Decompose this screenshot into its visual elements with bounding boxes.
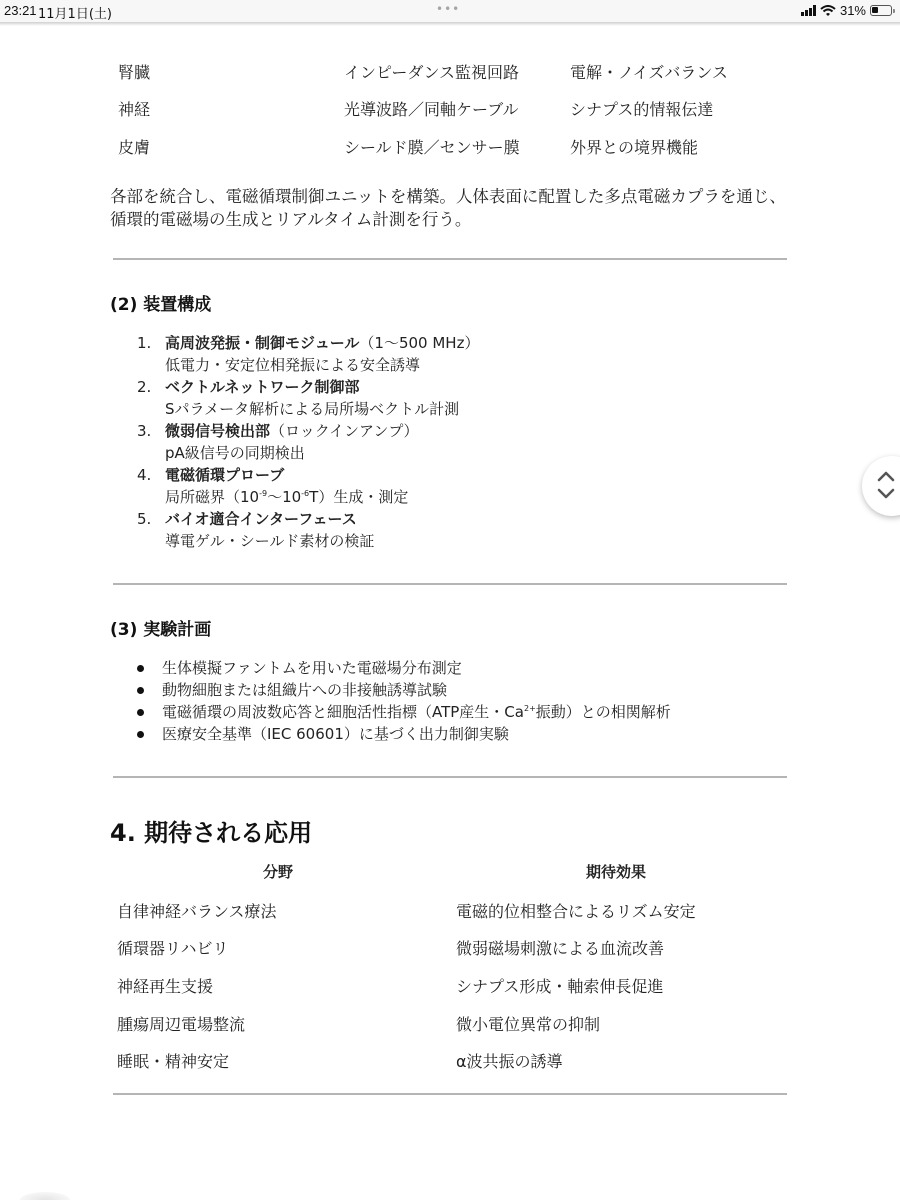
chevron-up-icon (879, 473, 893, 480)
paragraph-line: 各部を統合し、電磁循環制御ユニットを構築。人体表面に配置した多点電磁カプラを通じ… (110, 183, 786, 207)
bottom-shadow-decoration (20, 1192, 70, 1200)
list-item: 4.電磁循環プローブ (137, 464, 284, 485)
bullet-icon (137, 731, 144, 738)
function-cell: 外界との境界機能 (570, 135, 698, 158)
status-indicators: 31% (801, 3, 892, 18)
column-header-effect: 期待効果 (586, 861, 646, 882)
list-number: 3. (137, 422, 165, 440)
item-suffix: （1〜500 MHz） (359, 334, 479, 352)
status-bar-shadow (0, 22, 900, 26)
organ-cell: 神経 (118, 97, 150, 120)
effect-cell: 微弱磁場刺激による血流改善 (456, 936, 664, 959)
section-heading-experiment-plan: (3) 実験計画 (110, 615, 211, 640)
multitasking-dots-icon[interactable]: ••• (436, 2, 460, 16)
effect-cell: シナプス形成・軸索伸長促進 (456, 974, 663, 997)
item-description: pA級信号の同期検出 (165, 442, 305, 463)
list-number: 2. (137, 378, 165, 396)
component-cell: インピーダンス監視回路 (344, 60, 519, 83)
list-item: 医療安全基準（IEC 60601）に基づく出力制御実験 (137, 723, 509, 744)
divider (113, 1093, 787, 1095)
divider (113, 776, 787, 778)
item-title: ベクトルネットワーク制御部 (165, 378, 360, 396)
divider (113, 258, 787, 260)
list-number: 1. (137, 334, 165, 352)
item-description: 低電力・安定位相発振による安全誘導 (165, 354, 420, 375)
item-title: 高周波発振・制御モジュール (165, 334, 359, 352)
field-cell: 腫瘍周辺電場整流 (117, 1012, 245, 1035)
field-cell: 睡眠・精神安定 (117, 1049, 229, 1072)
paragraph-line: 循環的電磁場の生成とリアルタイム計測を行う。 (110, 206, 471, 230)
effect-cell: 微小電位異常の抑制 (456, 1012, 600, 1035)
list-item: 電磁循環の周波数応答と細胞活性指標（ATP産生・Ca2+振動）との相関解析 (137, 701, 671, 722)
list-number: 5. (137, 510, 165, 528)
battery-percent: 31% (840, 3, 866, 18)
bullet-icon (137, 665, 144, 672)
list-item: 1.高周波発振・制御モジュール（1〜500 MHz） (137, 332, 479, 353)
list-item: 生体模擬ファントムを用いた電磁場分布測定 (137, 657, 462, 678)
item-description: Sパラメータ解析による局所場ベクトル計測 (165, 398, 459, 419)
organ-cell: 腎臓 (118, 60, 150, 83)
field-cell: 循環器リハビリ (117, 936, 229, 959)
function-cell: 電解・ノイズバランス (570, 60, 728, 83)
component-cell: シールド膜／センサー膜 (344, 135, 520, 158)
chevron-down-icon (879, 490, 893, 497)
bullet-icon (137, 709, 144, 716)
status-date: 11月1日(土) (38, 3, 112, 22)
item-title: 電磁循環プローブ (165, 466, 284, 484)
item-suffix: （ロックインアンプ） (270, 422, 419, 440)
component-cell: 光導波路／同軸ケーブル (344, 97, 519, 120)
status-bar: 23:21 11月1日(土) ••• 31% (0, 0, 900, 22)
section-heading-applications: 4. 期待される応用 (110, 813, 312, 848)
scroll-up-down-button[interactable] (862, 456, 900, 516)
section-heading-device-config: (2) 装置構成 (110, 290, 211, 315)
item-description: 局所磁界（10-9〜10-6T）生成・測定 (165, 486, 408, 507)
function-cell: シナプス的情報伝達 (570, 97, 713, 120)
field-cell: 自律神経バランス療法 (117, 899, 277, 922)
list-number: 4. (137, 466, 165, 484)
item-title: バイオ適合インターフェース (165, 510, 357, 528)
divider (113, 583, 787, 585)
signal-icon (801, 5, 816, 16)
bullet-icon (137, 687, 144, 694)
list-item: 動物細胞または組織片への非接触誘導試験 (137, 679, 447, 700)
list-item: 5.バイオ適合インターフェース (137, 508, 357, 529)
organ-cell: 皮膚 (118, 135, 150, 158)
column-header-field: 分野 (263, 861, 293, 882)
wifi-icon (820, 5, 836, 17)
list-item: 2.ベクトルネットワーク制御部 (137, 376, 360, 397)
list-item: 3.微弱信号検出部（ロックインアンプ） (137, 420, 419, 441)
battery-icon (870, 5, 892, 16)
effect-cell: 電磁的位相整合によるリズム安定 (456, 899, 696, 922)
item-description: 導電ゲル・シールド素材の検証 (165, 530, 374, 551)
item-title: 微弱信号検出部 (165, 422, 270, 440)
field-cell: 神経再生支援 (117, 974, 213, 997)
effect-cell: α波共振の誘導 (456, 1049, 563, 1072)
status-time: 23:21 (4, 3, 37, 18)
